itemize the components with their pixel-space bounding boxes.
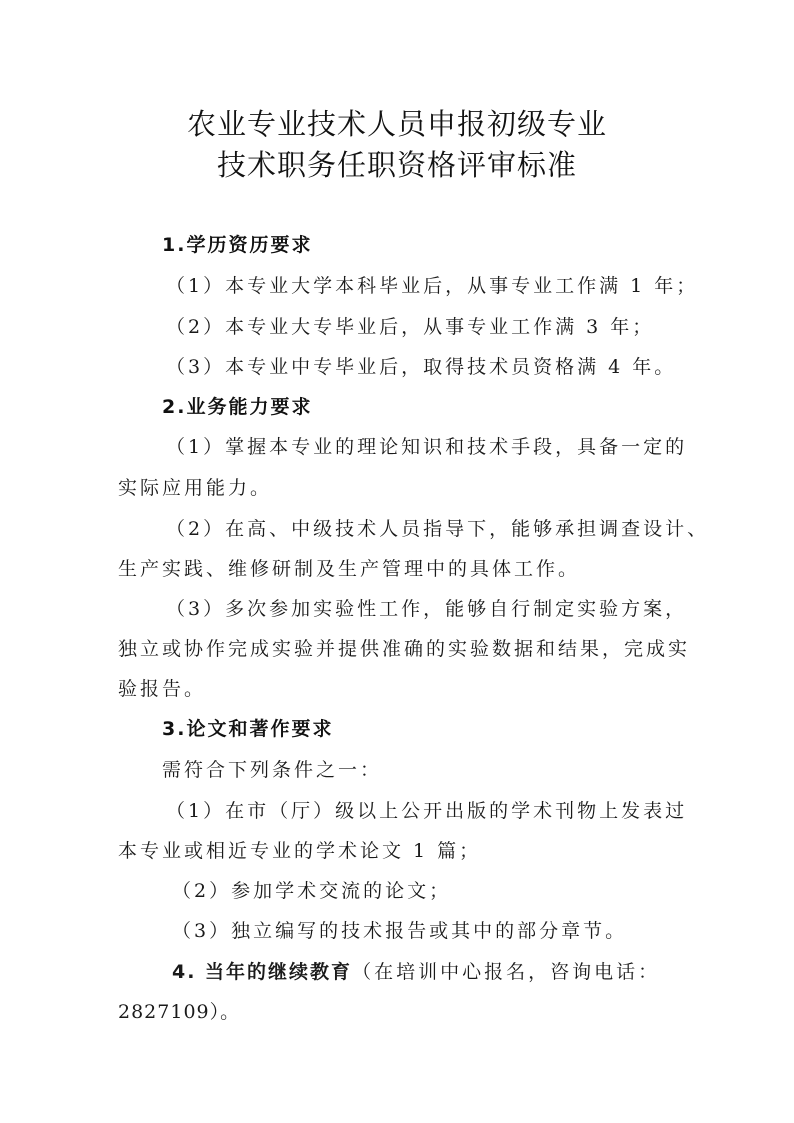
section-4-heading: 4. 当年的继续教育: [172, 961, 352, 983]
section-1-item-2: （2）本专业大专毕业后，从事专业工作满 3 年；: [166, 312, 654, 339]
section-2-item-1-line-1: （1）掌握本专业的理论知识和技术手段，具备一定的: [166, 432, 687, 459]
section-2-item-3-line-2: 独立或协作完成实验并提供准确的实验数据和结果，完成实: [118, 634, 690, 661]
section-2-item-3-line-1: （3）多次参加实验性工作，能够自行制定实验方案，: [166, 594, 687, 621]
section-2-item-1-line-2: 实际应用能力。: [118, 473, 272, 500]
section-1-item-1: （1）本专业大学本科毕业后，从事专业工作满 1 年；: [166, 271, 698, 298]
section-4-line-2: 2827109）。: [118, 997, 240, 1024]
section-4-note: （在培训中心报名，咨询电话：: [352, 961, 660, 983]
section-1-heading: 1.学历资历要求: [162, 230, 312, 257]
section-3-item-1-line-2: 本专业或相近专业的学术论文 1 篇；: [118, 836, 481, 863]
section-2-heading: 2.业务能力要求: [162, 392, 312, 419]
section-3-item-1-line-1: （1）在市（厅）级以上公开出版的学术刊物上发表过: [166, 796, 687, 823]
section-3-heading: 3.论文和著作要求: [162, 714, 333, 741]
section-3-item-2: （2）参加学术交流的论文；: [172, 876, 451, 903]
section-2-item-2-line-1: （2）在高、中级技术人员指导下，能够承担调查设计、: [166, 514, 709, 541]
section-1-item-3: （3）本专业中专毕业后，取得技术员资格满 4 年。: [166, 352, 676, 379]
section-2-item-3-line-3: 验报告。: [118, 674, 206, 701]
document-title-line-1: 农业专业技术人员申报初级专业: [0, 102, 794, 143]
section-4-line-1: 4. 当年的继续教育（在培训中心报名，咨询电话：: [172, 957, 660, 984]
section-3-intro: 需符合下列条件之一：: [162, 755, 382, 782]
section-3-item-3: （3）独立编写的技术报告或其中的部分章节。: [172, 916, 627, 943]
section-2-item-2-line-2: 生产实践、维修研制及生产管理中的具体工作。: [118, 554, 580, 581]
document-title-line-2: 技术职务任职资格评审标准: [0, 143, 794, 184]
